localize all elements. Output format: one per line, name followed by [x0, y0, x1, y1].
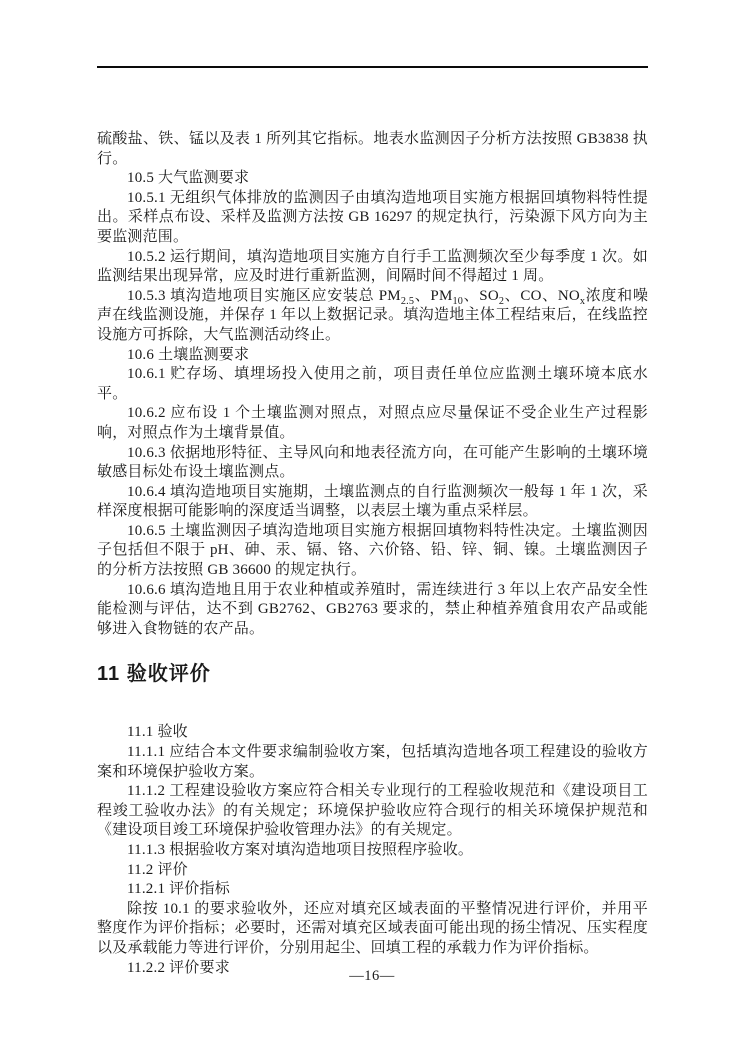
header-rule: [97, 66, 648, 68]
paragraph: 10.5.2 运行期间，填沟造地项目实施方自行手工监测频次至少每季度 1 次。如…: [97, 248, 648, 287]
paragraph: 10.5.3 填沟造地项目实施区应安装总 PM2.5、PM10、SO2、CO、N…: [97, 287, 648, 346]
paragraph: 10.6 土壤监测要求: [97, 346, 648, 366]
paragraph: 10.6.4 填沟造地项目实施期，土壤监测点的自行监测频次一般每 1 年 1 次…: [97, 483, 648, 522]
paragraph: 11.1 验收: [97, 723, 648, 743]
paragraph: 10.6.6 填沟造地且用于农业种植或养殖时，需连续进行 3 年以上农产品安全性…: [97, 581, 648, 640]
paragraph: 10.6.5 土壤监测因子填沟造地项目实施方根据回填物料特性决定。土壤监测因子包…: [97, 522, 648, 581]
paragraph: 10.6.3 依据地形特征、主导风向和地表径流方向，在可能产生影响的土壤环境敏感…: [97, 444, 648, 483]
paragraph: 11.2 评价: [97, 861, 648, 881]
paragraph: 11.1.3 根据验收方案对填沟造地项目按照程序验收。: [97, 841, 648, 861]
page-number: —16—: [0, 968, 744, 985]
section-heading: 11 验收评价: [97, 661, 648, 687]
paragraph: 除按 10.1 的要求验收外，还应对填充区域表面的平整情况进行评价，并用平整度作…: [97, 900, 648, 959]
paragraph: 10.6.2 应布设 1 个土壤监测对照点，对照点应尽量保证不受企业生产过程影响…: [97, 404, 648, 443]
paragraph: 10.5.1 无组织气体排放的监测因子由填沟造地项目实施方根据回填物料特性提出。…: [97, 189, 648, 248]
paragraph: 11.2.1 评价指标: [97, 880, 648, 900]
paragraph: 11.1.1 应结合本文件要求编制验收方案，包括填沟造地各项工程建设的验收方案和…: [97, 743, 648, 782]
document-body: 硫酸盐、铁、锰以及表 1 所列其它指标。地表水监测因子分析方法按照 GB3838…: [97, 130, 648, 978]
paragraph: 10.5 大气监测要求: [97, 169, 648, 189]
document-page: 硫酸盐、铁、锰以及表 1 所列其它指标。地表水监测因子分析方法按照 GB3838…: [0, 0, 744, 1052]
paragraph: 11.1.2 工程建设验收方案应符合相关专业现行的工程验收规范和《建设项目工程竣…: [97, 782, 648, 841]
paragraph: 10.6.1 贮存场、填埋场投入使用之前，项目责任单位应监测土壤环境本底水平。: [97, 365, 648, 404]
paragraph: 硫酸盐、铁、锰以及表 1 所列其它指标。地表水监测因子分析方法按照 GB3838…: [97, 130, 648, 169]
